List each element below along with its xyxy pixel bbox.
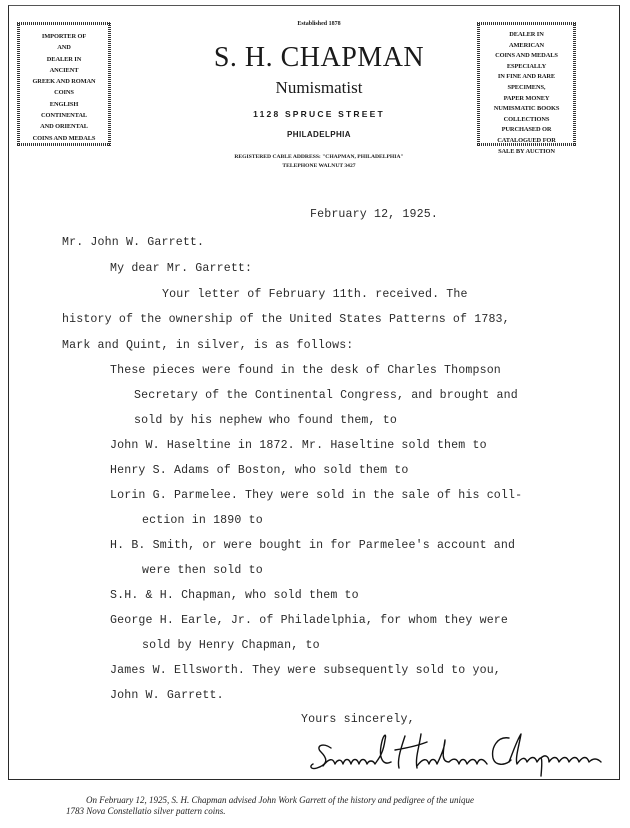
city: PHILADELPHIA [159,130,479,139]
importer-line: ENGLISH [19,99,109,110]
letter-date: February 12, 1925. [310,208,438,221]
body-line: H. B. Smith, or were bought in for Parme… [110,539,515,552]
importer-line: COINS AND MEDALS [19,133,109,144]
dealer-line: IN FINE AND RARE [479,72,574,83]
letter-page: IMPORTER OF AND DEALER IN ANCIENT GREEK … [8,5,620,780]
importer-line: AND ORIENTAL [19,121,109,132]
body-line: history of the ownership of the United S… [62,313,510,326]
body-line: These pieces were found in the desk of C… [110,364,501,377]
cable-address: REGISTERED CABLE ADDRESS: "CHAPMAN, PHIL… [159,154,479,160]
body-line: sold by his nephew who found them, to [134,414,397,427]
dealer-line: AMERICAN [479,41,574,52]
body-line: sold by Henry Chapman, to [142,639,320,652]
closing: Yours sincerely, [301,713,415,726]
importer-line: CONTINENTAL [19,110,109,121]
body-line: ection in 1890 to [142,514,263,527]
salutation: My dear Mr. Garrett: [110,262,252,275]
established-line: Established 1878 [159,21,479,27]
dealer-line: NUMISMATIC BOOKS [479,104,574,115]
dealer-line: COINS AND MEDALS [479,51,574,62]
figure-caption: On February 12, 1925, S. H. Chapman advi… [86,795,606,817]
importer-line: AND [19,42,109,53]
handwritten-signature: Samuel Hudson Chapman [309,728,609,780]
dealer-line: SALE BY AUCTION [479,147,574,158]
importer-line: DEALER IN [19,54,109,65]
telephone: TELEPHONE WALNUT 3427 [159,163,479,169]
caption-line: 1783 Nova Constellatio silver pattern co… [66,806,606,817]
recipient: Mr. John W. Garrett. [62,236,204,249]
body-line: Your letter of February 11th. received. … [162,288,468,301]
dealer-line: CATALOGUED FOR [479,136,574,147]
profession: Numismatist [159,78,479,98]
body-line: S.H. & H. Chapman, who sold them to [110,589,359,602]
dealer-line: DEALER IN [479,30,574,41]
importer-box: IMPORTER OF AND DEALER IN ANCIENT GREEK … [14,19,114,149]
caption-line: On February 12, 1925, S. H. Chapman advi… [86,795,606,806]
dealer-line: COLLECTIONS [479,115,574,126]
importer-line: GREEK AND ROMAN [19,76,109,87]
dealer-line: SPECIMENS, [479,83,574,94]
body-line: George H. Earle, Jr. of Philadelphia, fo… [110,614,508,627]
importer-line: COINS [19,87,109,98]
body-line: John W. Garrett. [110,689,224,702]
importer-line: IMPORTER OF [19,31,109,42]
dealer-line: PURCHASED OR [479,125,574,136]
importer-line: ANCIENT [19,65,109,76]
dealer-line: ESPECIALLY [479,62,574,73]
dealer-box: DEALER IN AMERICAN COINS AND MEDALS ESPE… [474,19,579,149]
street-address: 1128 SPRUCE STREET [159,109,479,119]
body-line: Lorin G. Parmelee. They were sold in the… [110,489,522,502]
body-line: Henry S. Adams of Boston, who sold them … [110,464,409,477]
body-line: Mark and Quint, in silver, is as follows… [62,339,353,352]
firm-name: S. H. CHAPMAN [159,42,479,74]
body-line: were then sold to [142,564,263,577]
body-line: James W. Ellsworth. They were subsequent… [110,664,501,677]
body-line: John W. Haseltine in 1872. Mr. Haseltine… [110,439,487,452]
dealer-line: PAPER MONEY [479,94,574,105]
body-line: Secretary of the Continental Congress, a… [134,389,518,402]
